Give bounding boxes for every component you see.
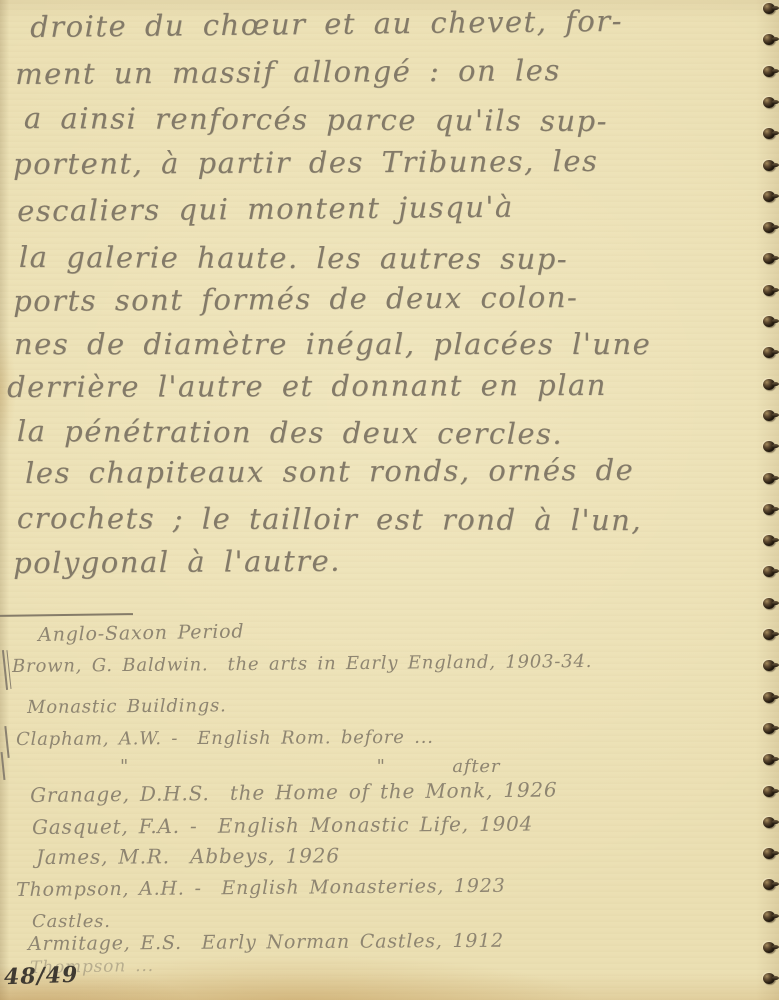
binding-wire [772,945,779,949]
binding-wire [772,569,779,573]
binding-wire [772,413,779,417]
binding-wire [772,256,779,260]
binding-wire [772,632,779,636]
binding-hole [763,754,775,765]
binding-wire [772,882,779,886]
binding-hole [763,3,775,14]
binding-wire [772,100,779,104]
notebook-page-scan: droite du chœur et au chevet, for-ment u… [0,0,779,1000]
binding-hole [763,629,775,640]
binding-hole [763,911,775,922]
binding-wire [772,69,779,73]
binding-hole [763,723,775,734]
binding-wire [772,37,779,41]
binding-wire [772,194,779,198]
binding-wire [772,851,779,855]
binding-wire [772,225,779,229]
binding-hole [763,817,775,828]
binding-wire [772,288,779,292]
binding-wire [772,789,779,793]
binding-hole [763,786,775,797]
binding-wire [772,131,779,135]
binding-wire [772,319,779,323]
binding-hole [763,535,775,546]
binding-wire [772,695,779,699]
binding-wire [772,914,779,918]
binding-wire [772,726,779,730]
spiral-binding [0,0,779,1000]
binding-hole [763,473,775,484]
binding-hole [763,942,775,953]
binding-wire [772,507,779,511]
binding-hole [763,410,775,421]
binding-hole [763,97,775,108]
binding-hole [763,34,775,45]
binding-wire [772,663,779,667]
binding-hole [763,379,775,390]
binding-hole [763,692,775,703]
binding-wire [772,382,779,386]
binding-hole [763,973,775,984]
binding-wire [772,350,779,354]
binding-hole [763,504,775,515]
binding-wire [772,163,779,167]
binding-hole [763,191,775,202]
binding-hole [763,660,775,671]
binding-hole [763,222,775,233]
binding-hole [763,316,775,327]
binding-hole [763,441,775,452]
binding-hole [763,566,775,577]
binding-hole [763,285,775,296]
binding-hole [763,347,775,358]
binding-wire [772,444,779,448]
binding-wire [772,820,779,824]
binding-wire [772,6,779,10]
binding-wire [772,757,779,761]
binding-hole [763,598,775,609]
binding-wire [772,538,779,542]
binding-hole [763,66,775,77]
binding-wire [772,976,779,980]
binding-hole [763,160,775,171]
binding-wire [772,476,779,480]
binding-hole [763,879,775,890]
binding-wire [772,601,779,605]
binding-hole [763,253,775,264]
binding-hole [763,128,775,139]
binding-hole [763,848,775,859]
